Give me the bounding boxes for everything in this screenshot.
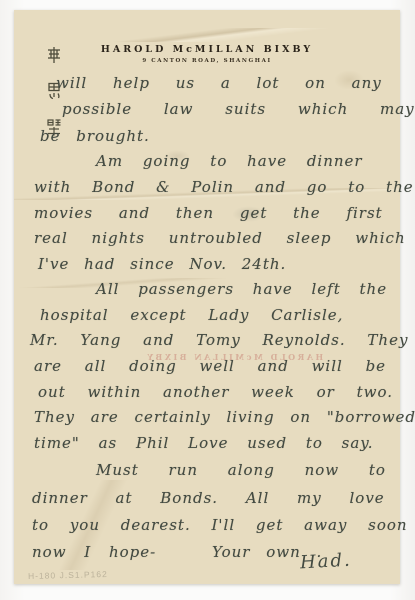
letter-line: out within another week or two. [38, 383, 393, 401]
letterhead: HAROLD McMILLAN BIXBY 9 CANTON ROAD, SHA… [14, 44, 400, 64]
letter-line: be brought. [40, 127, 150, 145]
signature: Had. [299, 550, 352, 574]
letterhead-address: 9 CANTON ROAD, SHANGHAI [14, 58, 400, 64]
letter-line: Must run along now to [96, 461, 386, 479]
letter-line: Am going to have dinner [96, 152, 363, 170]
letter-line: dinner at Bonds. All my love [32, 489, 385, 507]
archive-watermark: H-180 J.S1.P162 [28, 569, 108, 581]
letterhead-name: HAROLD McMILLAN BIXBY [14, 44, 400, 55]
letter-line: All passengers have left the [96, 280, 387, 298]
letter-line: with Bond & Polin and go to the [34, 178, 414, 196]
paper-crease [14, 28, 400, 42]
letter-line: are all doing well and will be [34, 357, 386, 375]
letter-line: time" as Phil Love used to say. [34, 434, 374, 452]
letter-line: to you dearest. I'll get away soon [32, 516, 408, 534]
letter-line: hospital except Lady Carlisle, [40, 306, 343, 324]
letter-line: Mr. Yang and Tomy Reynolds. They [30, 331, 408, 349]
chinese-character-icon [46, 46, 62, 64]
letter-line: I've had since Nov. 24th. [38, 255, 286, 273]
letter-line: movies and then get the first [34, 204, 383, 222]
letter-line: possible law suits which may [62, 100, 415, 118]
letter-paper: HAROLD McMILLAN BIXBY 9 CANTON ROAD, SHA… [14, 10, 400, 584]
letter-line: will help us a lot on any [56, 74, 382, 92]
letter-line: They are certainly living on "borrowed [34, 408, 415, 426]
letter-line: now I hope- [32, 543, 156, 561]
letter-line: real nights untroubled sleep which [34, 229, 406, 247]
